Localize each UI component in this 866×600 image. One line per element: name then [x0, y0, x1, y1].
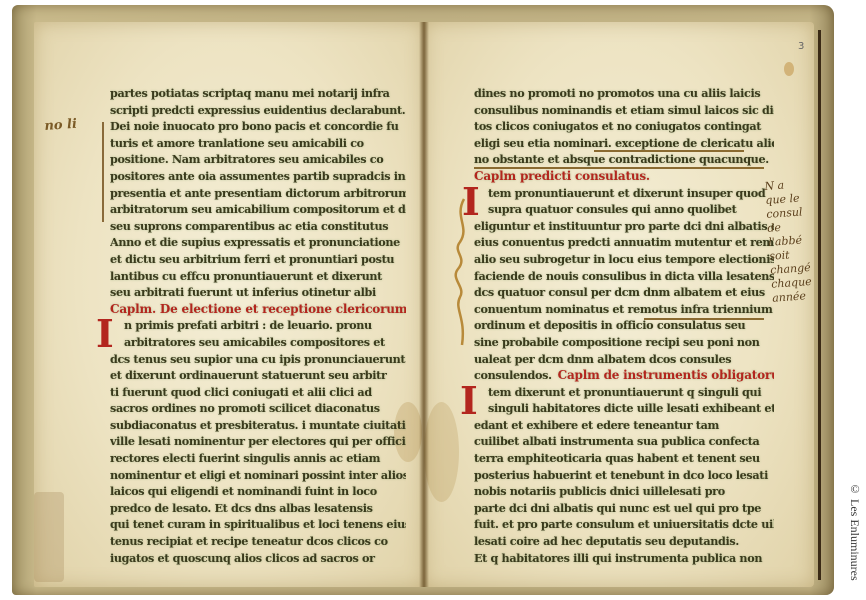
text-line: turis et amore tranlatione seu amicabili…	[110, 135, 406, 152]
underline-rule	[474, 167, 764, 169]
text-line: ti fuerunt quod clici coniugati et alii …	[110, 384, 406, 401]
text-line: sacros ordines no promoti scilicet diaco…	[110, 400, 406, 417]
underline-rule	[644, 318, 764, 320]
text-line: seu suprons comparentibus ac etia consti…	[110, 218, 406, 235]
text-line: eligi seu etia nominari. exceptione de c…	[474, 135, 774, 152]
text-line: dines no promoti no promotos una cu alii…	[474, 85, 774, 102]
margin-note-right: N a que le consul de l'abbé soit changé …	[764, 177, 823, 306]
left-folio: no li partes potiatas scriptaq manu mei …	[34, 22, 424, 587]
text-line: laicos qui eligendi et nominandi fuint i…	[110, 483, 406, 500]
text-line: scripti predcti expressius euidentius de…	[110, 102, 406, 119]
text-line: partes potiatas scriptaq manu mei notari…	[110, 85, 406, 102]
text-line: presentia et ante presentiam dictorum ar…	[110, 185, 406, 202]
right-folio: dines no promoti no promotos una cu alii…	[424, 22, 814, 587]
text-line: singuli habitatores dicte uille lesati e…	[474, 400, 774, 417]
red-initial: I	[462, 183, 480, 221]
text-line: positione. Nam arbitratores seu amicabil…	[110, 151, 406, 168]
text-line: arbitratorum seu amicabilium compositoru…	[110, 201, 406, 218]
text-line: tem dixerunt et pronuntiauerunt q singul…	[474, 384, 774, 401]
text-line: tenus recipiat et recipe teneatur dcos c…	[110, 533, 406, 550]
book-gutter	[419, 22, 429, 587]
text-line: rectores electi fuerint singulis annis a…	[110, 450, 406, 467]
page-edge	[818, 30, 821, 580]
text-line: nobis notariis publicis dnici uillelesat…	[474, 483, 774, 500]
text-line: edant et exhibere et edere teneantur tam	[474, 417, 774, 434]
text-line: dcs quatuor consul per dcm dnm albatem e…	[474, 284, 774, 301]
red-initial: I	[96, 315, 114, 353]
text-line: lantibus cu effcu pronuntiauerunt et dix…	[110, 268, 406, 285]
folio-number: 3	[798, 41, 804, 52]
text-line: parte dci dni albatis qui nunc est uel q…	[474, 500, 774, 517]
text-line: terra emphiteoticaria quas habent et ten…	[474, 450, 774, 467]
right-text-block: dines no promoti no promotos una cu alii…	[474, 85, 774, 566]
text-line: sine probabile compositione recipi seu p…	[474, 334, 774, 351]
text-line: tem pronuntiauerunt et dixerunt insuper …	[474, 185, 774, 202]
text-line: posterius habuerint et tenebunt in dco l…	[474, 467, 774, 484]
text-line: no obstante et absque contradictione qua…	[474, 151, 774, 168]
marginal-bracket	[102, 122, 104, 222]
text-line: ordinum et depositis in officio consulat…	[474, 317, 774, 334]
text-line: cuilibet albati instrumenta sua publica …	[474, 433, 774, 450]
text-line: eliguntur et instituuntur pro parte dci …	[474, 218, 774, 235]
text-line: seu arbitrati fuerunt ut inferius otinet…	[110, 284, 406, 301]
text-line: eius conuentus predcti annuatim mutentur…	[474, 234, 774, 251]
text-line: qui tenet curam in spiritualibus et loci…	[110, 516, 406, 533]
text-line: supra quatuor consules qui anno quolibet	[474, 201, 774, 218]
underline-rule	[594, 150, 744, 152]
text-line: predco de lesato. Et dcs dns albas lesat…	[110, 500, 406, 517]
text-line: n primis prefati arbitri : de leuario. p…	[110, 317, 406, 334]
text-line: tos clicos coniugatos et no coniugatos c…	[474, 118, 774, 135]
chapter-rubric: Caplm de instrumentis obligatorum.	[558, 367, 774, 384]
text-line: Et q habitatores illi qui instrumenta pu…	[474, 550, 774, 567]
text-line: positores ante oia assumentes partib sup…	[110, 168, 406, 185]
text-line: arbitratores seu amicabiles compositores…	[110, 334, 406, 351]
text-line: ualeat per dcm dnm albatem dcos consules	[474, 351, 774, 368]
text-fragment: consulendos.	[474, 367, 552, 384]
manuscript-book: no li partes potiatas scriptaq manu mei …	[12, 5, 834, 595]
chapter-rubric: Caplm predicti consulatus.	[474, 169, 650, 183]
text-line: iugatos et quoscunq alios clicos ad sacr…	[110, 550, 406, 567]
red-initial: I	[460, 382, 478, 420]
text-line: faciende de nouis consulibus in dicta vi…	[474, 268, 774, 285]
ink-spot	[784, 62, 794, 76]
water-stain	[424, 402, 459, 502]
chapter-rubric: Caplm. De electione et receptione cleric…	[110, 302, 406, 316]
text-line: consulibus nominandis et etiam simul lai…	[474, 102, 774, 119]
left-text-block: partes potiatas scriptaq manu mei notari…	[110, 85, 406, 566]
corner-fold	[34, 492, 64, 582]
text-line: conuentum nominatus et remotus infra tri…	[474, 301, 774, 318]
text-line: subdiaconatus et presbiteratus. i muntat…	[110, 417, 406, 434]
text-line: Anno et die supius expressatis et pronun…	[110, 234, 406, 251]
text-line: nominentur et eligi et nominari possint …	[110, 467, 406, 484]
text-line: alio seu subrogetur in locu eius tempore…	[474, 251, 774, 268]
margin-note-left: no li	[44, 118, 77, 134]
text-line: lesati coire ad hec deputatis seu deputa…	[474, 533, 774, 550]
text-line: Dei noie inuocato pro bono pacis et conc…	[110, 118, 406, 135]
text-line: fuit. et pro parte consulum et uniuersit…	[474, 516, 774, 533]
text-line: et dixerunt ordinauerunt statuerunt seu …	[110, 367, 406, 384]
text-line: ville lesati nominentur per electores qu…	[110, 433, 406, 450]
copyright-notice: © Les Enluminures	[846, 482, 862, 592]
text-line: et dictu seu arbitrium ferri et pronunti…	[110, 251, 406, 268]
text-line: dcs tenus seu supior una cu ipis pronunc…	[110, 351, 406, 368]
